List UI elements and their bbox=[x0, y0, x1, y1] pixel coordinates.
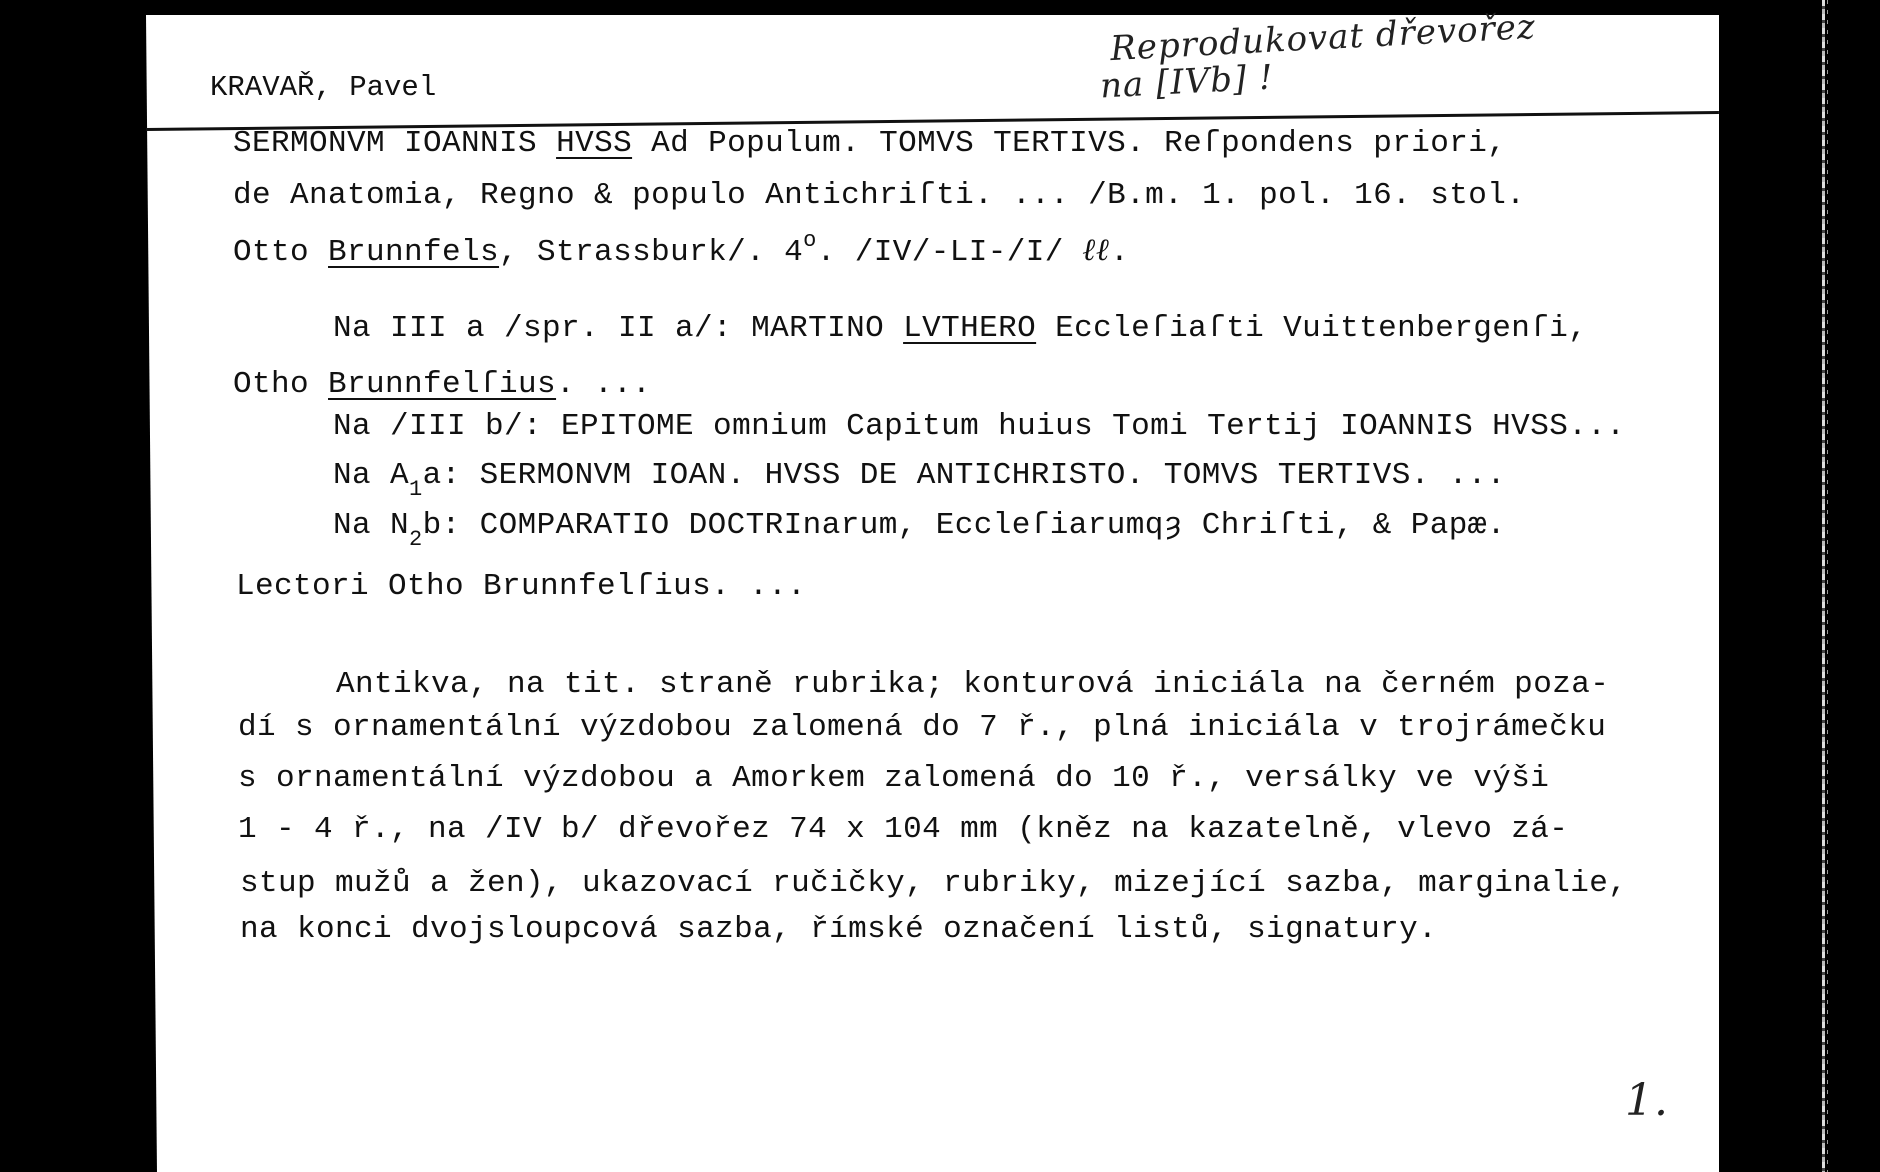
title-line-3: Otto Brunnfels, Strassburk/. 4o. /IV/-LI… bbox=[233, 235, 1129, 268]
transcription-line-2: Otho Brunnfelſius. ... bbox=[233, 369, 651, 400]
title-line-1: SERMONVM IOANNIS HVSS Ad Populum. TOMVS … bbox=[233, 128, 1506, 159]
transcription-line-1: Na III a /spr. II a/: MARTINO LVTHERO Ec… bbox=[333, 313, 1587, 344]
text: Ad Populum. TOMVS TERTIVS. Reſpondens pr… bbox=[632, 126, 1506, 161]
transcription-line-3: Na /III b/: EPITOME omnium Capitum huius… bbox=[333, 411, 1625, 442]
text: . /IV/-LI-/I/ bbox=[817, 235, 1083, 270]
text: Eccleſiaſti Vuittenbergenſi, bbox=[1036, 311, 1587, 346]
transcription-line-4: Na A1a: SERMONVM IOAN. HVSS DE ANTICHRIS… bbox=[333, 460, 1506, 491]
transcription-line-5: Na N2b: COMPARATIO DOCTRInarum, Eccleſia… bbox=[333, 510, 1506, 541]
text: a: SERMONVM IOAN. HVSS DE ANTICHRISTO. T… bbox=[423, 458, 1506, 493]
description-line-5: stup mužů a žen), ukazovací ručičky, rub… bbox=[240, 868, 1627, 899]
description-line-2: dí s ornamentální výzdobou zalomená do 7… bbox=[238, 712, 1606, 743]
superscript: o bbox=[803, 228, 817, 253]
subscript: 1 bbox=[409, 477, 423, 502]
text: Na N bbox=[333, 508, 409, 543]
text: b: COMPARATIO DOCTRInarum, Eccleſiarumqȝ… bbox=[423, 508, 1506, 543]
underlined-text: Brunnfelſius bbox=[328, 367, 556, 402]
scan-edge-line-secondary bbox=[1827, 0, 1828, 1172]
text: Na A bbox=[333, 458, 409, 493]
page-number: 1. bbox=[1625, 1075, 1669, 1126]
text: SERMONVM IOANNIS bbox=[233, 126, 556, 161]
subscript: 2 bbox=[409, 527, 423, 552]
underlined-text: Brunnfels bbox=[328, 235, 499, 270]
text: Na III a /spr. II a/: MARTINO bbox=[333, 311, 903, 346]
author-heading: KRAVAŘ, Pavel bbox=[210, 73, 436, 102]
description-line-3: s ornamentální výzdobou a Amorkem zalome… bbox=[238, 763, 1549, 794]
text: . ... bbox=[556, 367, 651, 402]
text: Otto bbox=[233, 235, 328, 270]
underlined-text: LVTHERO bbox=[903, 311, 1036, 346]
transcription-line-6: Lectori Otho Brunnfelſius. ... bbox=[236, 571, 806, 602]
scan-edge-line bbox=[1822, 0, 1825, 1172]
handwritten-mark: ℓℓ bbox=[1083, 232, 1110, 268]
description-line-4: 1 - 4 ř., na /IV b/ dřevořez 74 x 104 mm… bbox=[238, 814, 1568, 845]
description-line-6: na konci dvojsloupcová sazba, římské ozn… bbox=[240, 914, 1437, 945]
text: Otho bbox=[233, 367, 328, 402]
text: , Strassburk/. 4 bbox=[499, 235, 803, 270]
text: . bbox=[1110, 235, 1129, 270]
description-line-1: Antikva, na tit. straně rubrika; konturo… bbox=[336, 669, 1609, 700]
underlined-text: HVSS bbox=[556, 126, 632, 161]
title-line-2: de Anatomia, Regno & populo Antichriſti.… bbox=[233, 180, 1525, 211]
